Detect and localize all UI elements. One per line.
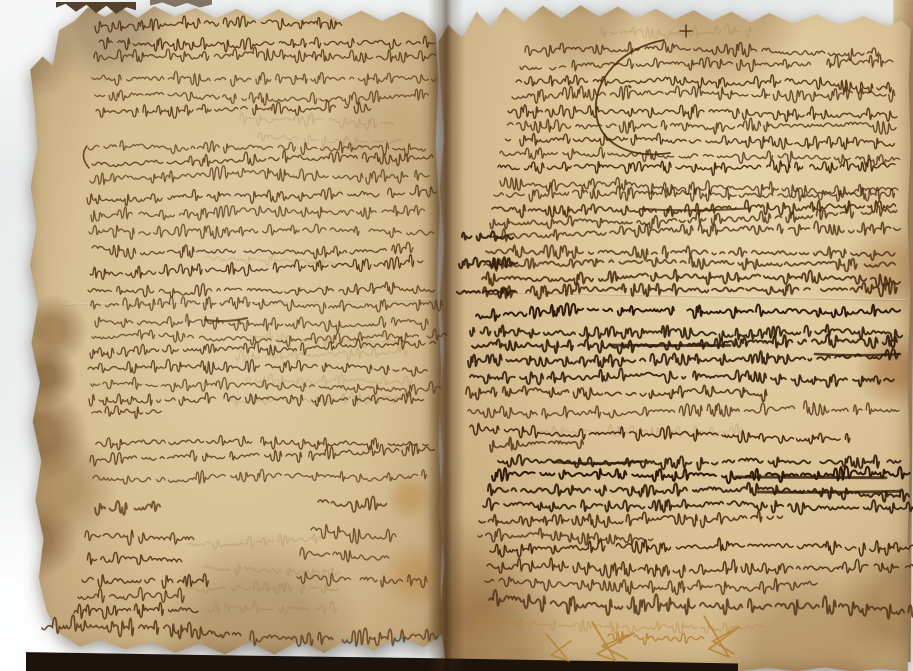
left-page [26,2,445,657]
manuscript-photo [0,0,913,671]
right-page [437,1,911,671]
left-page-wrap [26,2,445,657]
right-page-wrap [437,1,911,671]
